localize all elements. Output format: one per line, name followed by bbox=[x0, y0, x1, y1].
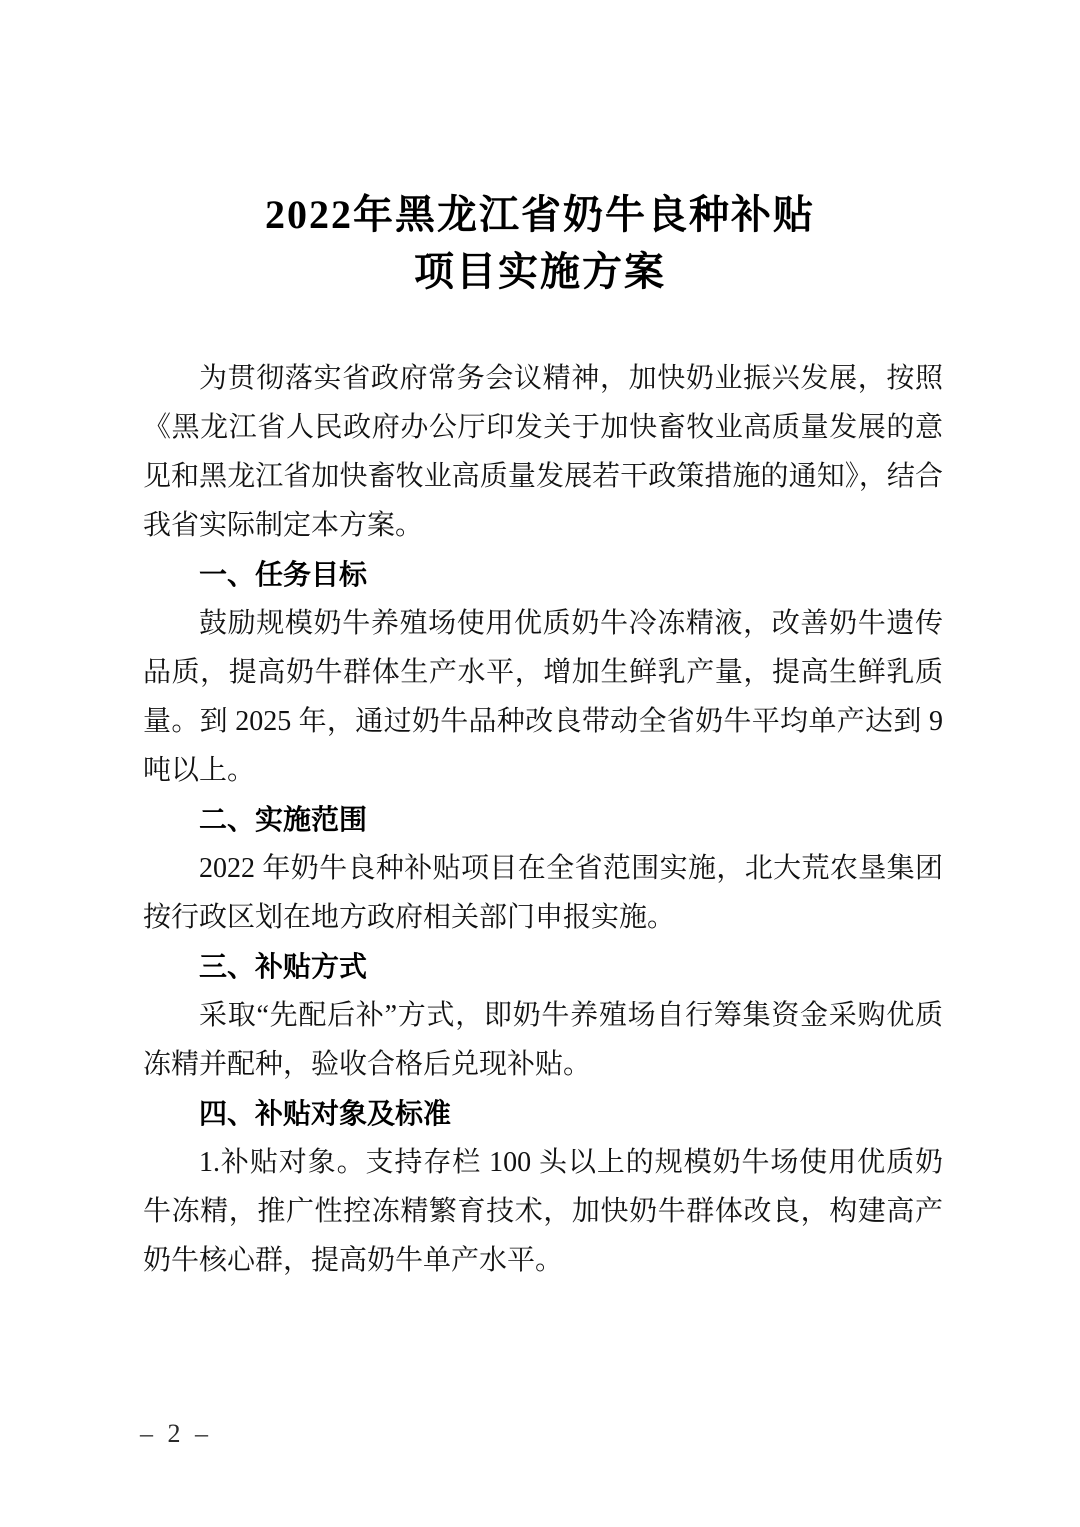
document-page: 2022年黑龙江省奶牛良种补贴 项目实施方案 为贯彻落实省政府常务会议精神，加快… bbox=[0, 0, 1080, 1527]
section-heading-subsidy-targets-standards: 四、补贴对象及标准 bbox=[143, 1089, 943, 1138]
section-paragraph-implementation-scope: 2022 年奶牛良种补贴项目在全省范围实施，北大荒农垦集团按行政区划在地方政府相… bbox=[143, 844, 943, 942]
section-heading-implementation-scope: 二、实施范围 bbox=[143, 795, 943, 844]
section-paragraph-subsidy-method: 采取“先配后补”方式，即奶牛养殖场自行筹集资金采购优质冻精并配种，验收合格后兑现… bbox=[143, 991, 943, 1089]
intro-paragraph: 为贯彻落实省政府常务会议精神，加快奶业振兴发展，按照《黑龙江省人民政府办公厅印发… bbox=[143, 354, 943, 550]
section-heading-task-goals: 一、任务目标 bbox=[143, 550, 943, 599]
document-body: 为贯彻落实省政府常务会议精神，加快奶业振兴发展，按照《黑龙江省人民政府办公厅印发… bbox=[143, 354, 943, 1285]
page-number: – 2 – bbox=[140, 1419, 212, 1449]
section-paragraph-task-goals: 鼓励规模奶牛养殖场使用优质奶牛冷冻精液，改善奶牛遗传品质，提高奶牛群体生产水平，… bbox=[143, 599, 943, 795]
document-title-line1: 2022年黑龙江省奶牛良种补贴 bbox=[0, 186, 1080, 243]
document-title: 2022年黑龙江省奶牛良种补贴 项目实施方案 bbox=[0, 0, 1080, 300]
section-heading-subsidy-method: 三、补贴方式 bbox=[143, 942, 943, 991]
section-paragraph-subsidy-targets-standards: 1.补贴对象。支持存栏 100 头以上的规模奶牛场使用优质奶牛冻精，推广性控冻精… bbox=[143, 1138, 943, 1285]
document-title-line2: 项目实施方案 bbox=[0, 243, 1080, 300]
